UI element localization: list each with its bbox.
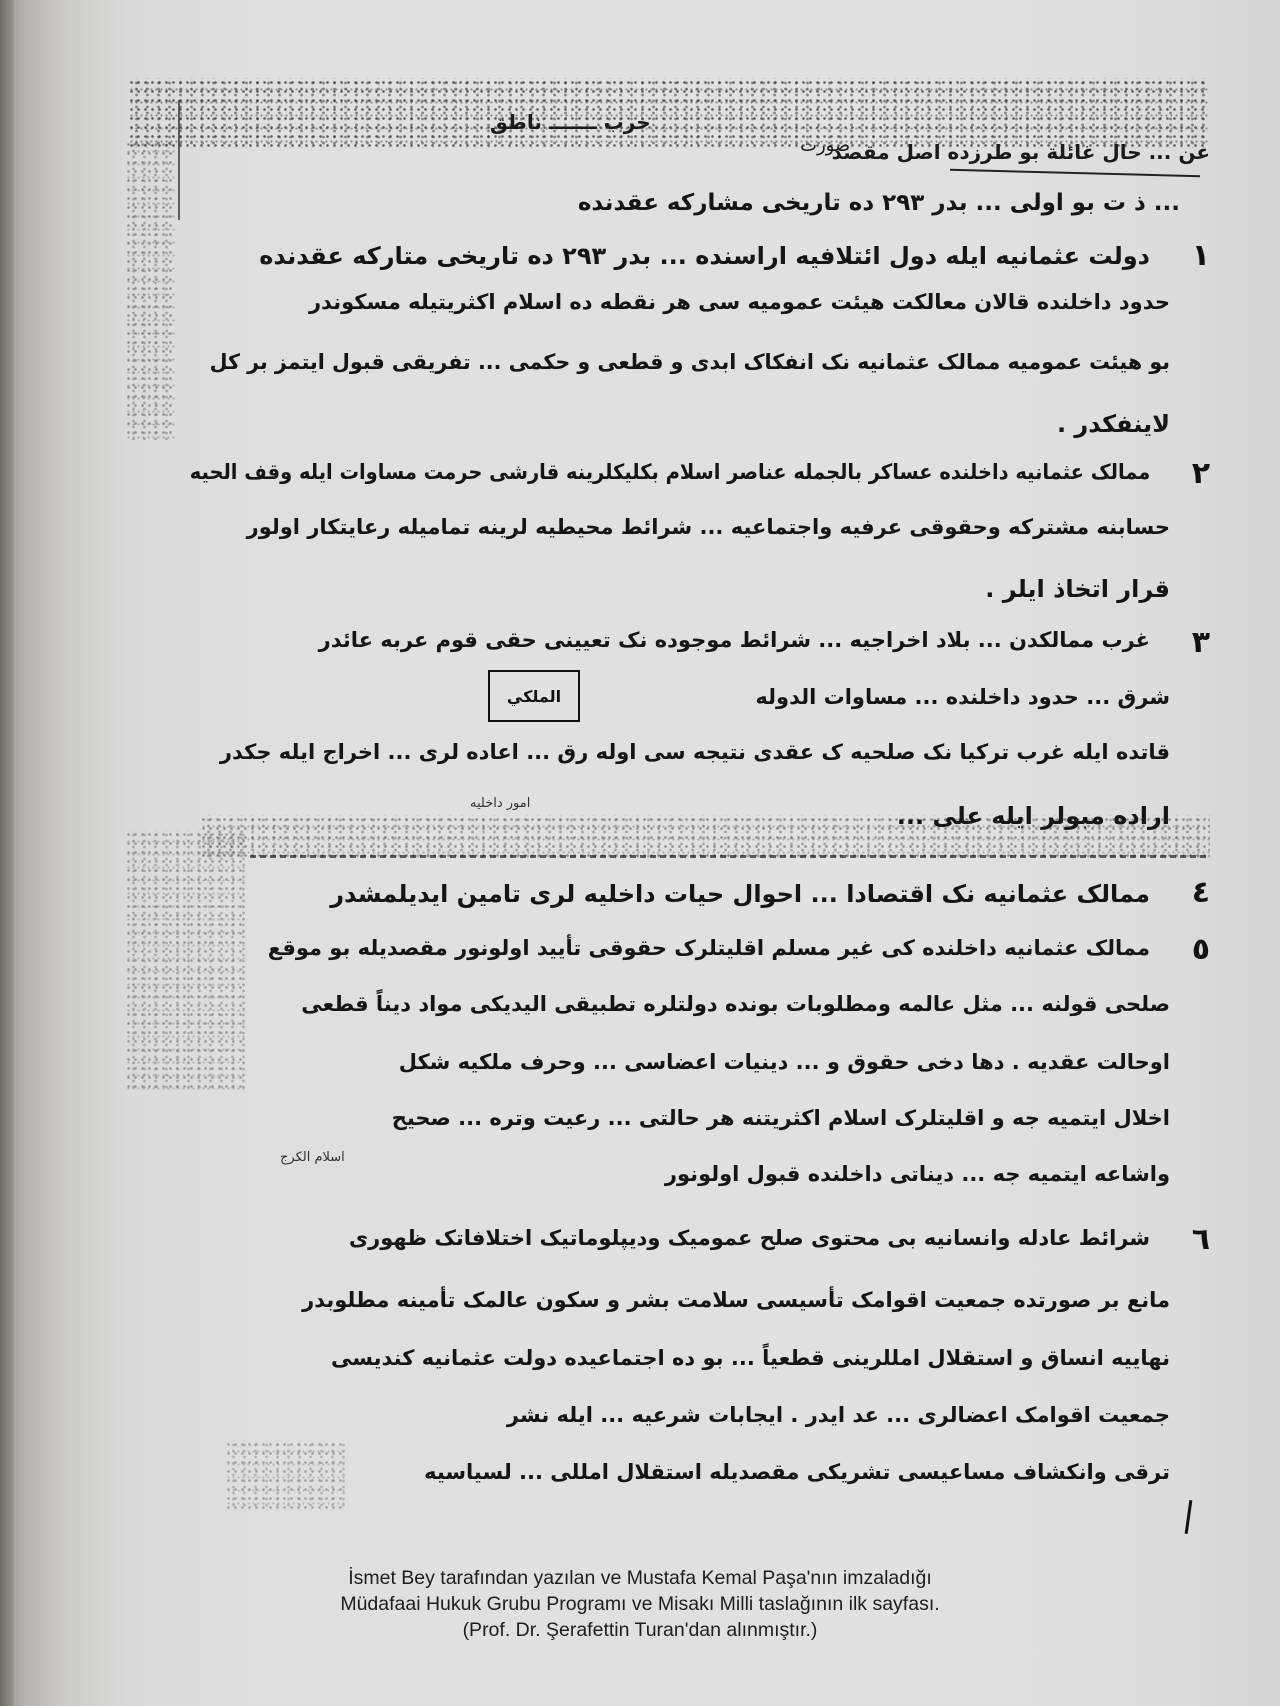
figure-caption: İsmet Bey tarafından yazılan ve Mustafa …: [0, 1565, 1280, 1643]
item-2-line: ممالک عثمانیه داخلنده عساکر بالجمله عناص…: [189, 460, 1150, 484]
item-1-line: حدود داخلنده قالان معالکت هیئت عمومیه سی…: [309, 290, 1170, 314]
item-3-line: اراده مبولر ایله علی ...: [897, 802, 1170, 830]
item-number: ٦: [1192, 1222, 1210, 1257]
item-6-line: مانع بر صورتده جمعیت اقوامک تأسیسی سلامت…: [302, 1288, 1170, 1312]
book-page: حرب ـــــــ ناطق صورت عن ... حال غائلة ب…: [0, 0, 1280, 1706]
item-1-line: لاینفکدر .: [1057, 410, 1170, 438]
item-5-line: اوحالت عقدیه . دها دخی حقوق و ... دینیات…: [399, 1050, 1170, 1074]
item-number: ١: [1192, 238, 1210, 273]
margin-note: امور داخلیه: [470, 796, 530, 811]
manuscript-header-signature: حرب ـــــــ ناطق: [490, 110, 651, 134]
item-3-line: قاتده ایله غرب ترکیا نک صلحیه ک عقدی نتی…: [220, 740, 1170, 764]
frame-edge-line: [178, 100, 180, 220]
item-6-line: ترقی وانکشاف مساعیسی تشریکی مقصدیله استق…: [424, 1460, 1170, 1484]
item-6-line: جمعیت اقوامک اعضالری ... عد ایدر . ایجاب…: [507, 1403, 1170, 1427]
caption-line-2: Müdafaai Hukuk Grubu Programı ve Misakı …: [0, 1591, 1280, 1617]
item-1-line: بو هیئت عمومیه ممالک عثمانیه نک انفکاک ا…: [210, 350, 1170, 374]
item-number: ٤: [1192, 875, 1210, 910]
item-number: ٢: [1192, 456, 1210, 491]
item-2-line: قرار اتخاذ ایلر .: [985, 575, 1170, 603]
item-5-line: اخلال ایتمیه جه و اقلیتلرک اسلام اکثریتن…: [392, 1106, 1170, 1130]
item-6-line: شرائط عادله وانسانیه بی محتوی صلح عمومیک…: [349, 1226, 1150, 1250]
item-number: ٣: [1192, 625, 1210, 660]
item-1-line: دولت عثمانیه ایله دول ائتلافیه اراسنده .…: [259, 242, 1150, 270]
caption-line-1: İsmet Bey tarafından yazılan ve Mustafa …: [0, 1565, 1280, 1591]
item-2-line: حسابنه مشترکه وحقوقی عرفیه واجتماعیه ...…: [247, 515, 1170, 539]
photocopy-noise-left: [125, 140, 175, 440]
margin-stroke-mark: [1185, 1500, 1193, 1534]
scribble-divider: [250, 855, 1210, 858]
item-3-line: شرق ... حدود داخلنده ... مساوات الدوله: [755, 685, 1170, 709]
stamp-seal: الملكي: [488, 670, 580, 722]
item-5-line: صلحی قولنه ... مثل عالمه ومطلوبات بونده …: [301, 992, 1170, 1016]
caption-line-3: (Prof. Dr. Şerafettin Turan'dan alınmışt…: [0, 1617, 1280, 1643]
item-4-line: ممالک عثمانیه نک اقتصادا ... احوال حیات …: [330, 880, 1150, 908]
item-number: ٥: [1192, 932, 1210, 967]
item-3-line: غرب ممالکدن ... بلاد اخراجیه ... شرائط م…: [319, 628, 1150, 652]
item-6-line: نهاییه انساق و استقلال امللرینی قطعیاً .…: [331, 1346, 1170, 1370]
item-5-line: ممالک عثمانیه داخلنده کی غیر مسلم اقلیتل…: [268, 936, 1150, 960]
item-5-line: واشاعه ایتمیه جه ... دیناتی داخلنده قبول…: [665, 1162, 1170, 1186]
manuscript-header-title: عن ... حال غائلة بو طرزده اصل مقصد: [832, 140, 1210, 164]
manuscript-intro-line: ... ذ ت بو اولی ... بدر ۲۹۳ ده تاریخی مش…: [578, 190, 1180, 216]
margin-note: اسلام الکرج: [280, 1150, 345, 1165]
book-spine-shadow: [0, 0, 14, 1706]
header-underline: [950, 169, 1200, 178]
manuscript-facsimile: حرب ـــــــ ناطق صورت عن ... حال غائلة ب…: [190, 110, 1210, 1510]
